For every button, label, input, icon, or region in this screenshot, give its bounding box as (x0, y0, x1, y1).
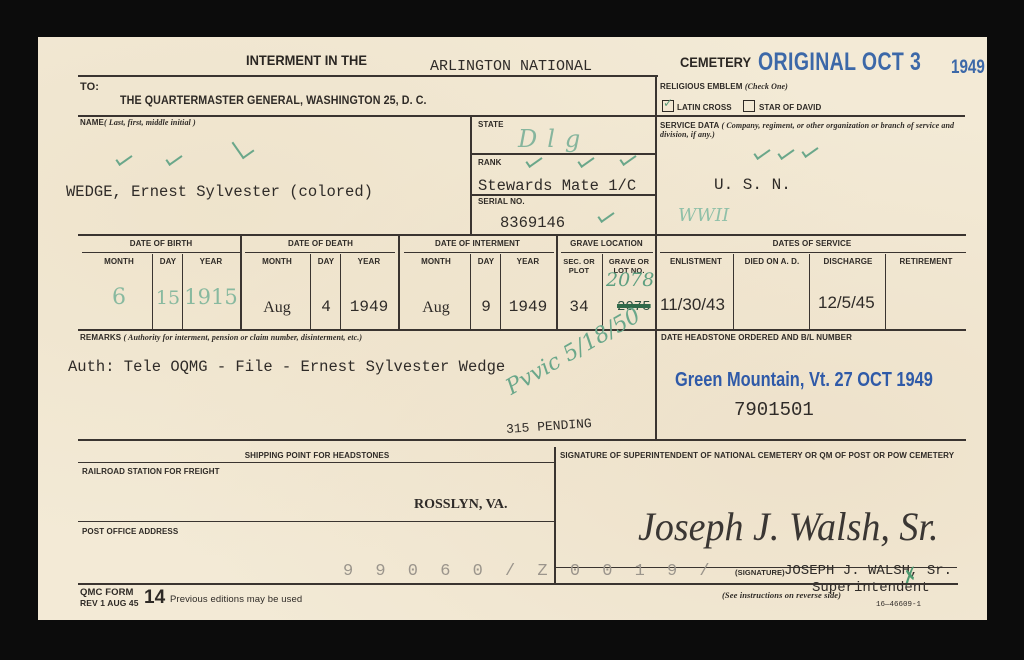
sec-plot-header: SEC. OR PLOT (559, 257, 599, 275)
enlistment-header: ENLISTMENT (660, 257, 732, 266)
death-month-header: MONTH (244, 257, 310, 266)
checkmark-icon: ✓ (663, 96, 673, 110)
birth-month-header: MONTH (86, 257, 152, 266)
interment-day-header: DAY (472, 257, 500, 266)
state-label: STATE (478, 120, 504, 129)
serial-label: SERIAL NO. (478, 197, 525, 206)
original-stamp-year: 1949 (951, 57, 985, 79)
interment-day: 9 (472, 298, 500, 316)
to-label: TO: (80, 81, 99, 93)
latin-cross-checkbox[interactable]: ✓ (662, 100, 674, 112)
date-of-death-header: DATE OF DEATH (243, 239, 398, 248)
railroad-station-value: ROSSLYN, VA. (414, 497, 508, 513)
birth-month: 6 (86, 285, 152, 310)
print-code: 16—46609-1 (876, 601, 921, 609)
form-number: 14 (144, 587, 165, 609)
death-day-header: DAY (312, 257, 340, 266)
interment-month-header: MONTH (402, 257, 470, 266)
title-suffix: CEMETERY (680, 54, 751, 70)
shipping-point-label: SHIPPING POINT FOR HEADSTONES (82, 451, 552, 460)
pending-stamp: 315 PENDING (506, 416, 593, 437)
grave-section: 34 (559, 298, 599, 316)
cemetery-name: ARLINGTON NATIONAL (430, 58, 592, 75)
birth-day: 15 (154, 287, 182, 309)
star-of-david-label: STAR OF DAVID (759, 103, 821, 112)
remarks-value: Auth: Tele OQMG - File - Ernest Sylveste… (68, 358, 505, 376)
to-addressee: THE QUARTERMASTER GENERAL, WASHINGTON 25… (120, 95, 427, 107)
service-war-handwritten: WWII (678, 205, 729, 226)
birth-year: 1915 (184, 285, 238, 309)
death-year: 1949 (342, 298, 396, 316)
discharge-header: DISCHARGE (811, 257, 885, 266)
interment-year-header: YEAR (502, 257, 554, 266)
rank-label: RANK (478, 158, 502, 167)
service-branch: U. S. N. (714, 176, 791, 194)
date-of-birth-header: DATE OF BIRTH (82, 239, 240, 248)
interment-month: Aug (402, 299, 470, 317)
remarks-handwritten-note: Pvvic 5/18/50 (502, 303, 645, 400)
interment-year: 1949 (502, 298, 554, 316)
editions-note: Previous editions may be used (170, 594, 302, 605)
remarks-label: REMARKS ( Authority for interment, pensi… (80, 333, 362, 342)
rank-value: Stewards Mate 1/C (478, 177, 636, 195)
serial-number: 8369146 (500, 214, 565, 232)
headstone-ordered-stamp: Green Mountain, Vt. 27 OCT 1949 (675, 369, 933, 392)
birth-day-header: DAY (154, 257, 182, 266)
reverse-instructions: (See instructions on reverse side) (722, 590, 841, 600)
dates-of-service-header: DATES OF SERVICE (658, 239, 966, 248)
signature-label: SIGNATURE OF SUPERINTENDENT OF NATIONAL … (560, 451, 960, 461)
original-received-stamp: ORIGINAL OCT 3 (758, 48, 921, 77)
interment-record-card: INTERMENT IN THE ARLINGTON NATIONAL CEME… (38, 37, 987, 620)
retirement-header: RETIREMENT (887, 257, 965, 266)
date-of-interment-header: DATE OF INTERMENT (400, 239, 555, 248)
death-year-header: YEAR (342, 257, 396, 266)
death-month: Aug (244, 299, 310, 317)
died-on-ad-header: DIED ON A. D. (735, 257, 809, 266)
discharge-date: 12/5/45 (818, 293, 875, 313)
enlistment-date: 11/30/43 (660, 295, 725, 315)
handwritten-signature: Joseph J. Walsh, Sr. (638, 503, 938, 550)
grave-location-header: GRAVE LOCATION (558, 239, 655, 248)
bl-number: 7901501 (734, 399, 814, 421)
grave-lot-corrected: 2078 (606, 269, 654, 291)
superintendent-name: JOSEPH J. WALSH, Sr. (784, 563, 952, 579)
headstone-ordered-label: DATE HEADSTONE ORDERED AND B/L NUMBER (661, 333, 852, 342)
death-day: 4 (312, 298, 340, 316)
name-label: NAME( Last, first, middle initial ) (80, 118, 196, 127)
railroad-station-label: RAILROAD STATION FOR FREIGHT (82, 467, 220, 476)
birth-year-header: YEAR (184, 257, 238, 266)
star-of-david-checkbox[interactable] (743, 100, 755, 112)
signature-caption: (SIGNATURE) (735, 568, 785, 577)
religious-emblem-label: RELIGIOUS EMBLEM (Check One) (660, 82, 788, 91)
title-prefix: INTERMENT IN THE (246, 52, 367, 68)
deceased-name: WEDGE, Ernest Sylvester (colored) (66, 183, 373, 201)
post-office-label: POST OFFICE ADDRESS (82, 527, 178, 536)
latin-cross-label: LATIN CROSS (677, 103, 732, 112)
form-name: QMC FORMREV 1 AUG 45 (80, 588, 139, 609)
bleed-through-number: 9 9 0 6 0 / Z 0 0 1 9 / (343, 562, 716, 581)
service-data-label: SERVICE DATA ( Company, regiment, or oth… (660, 121, 970, 139)
state-handwritten: Dlg (518, 125, 590, 153)
